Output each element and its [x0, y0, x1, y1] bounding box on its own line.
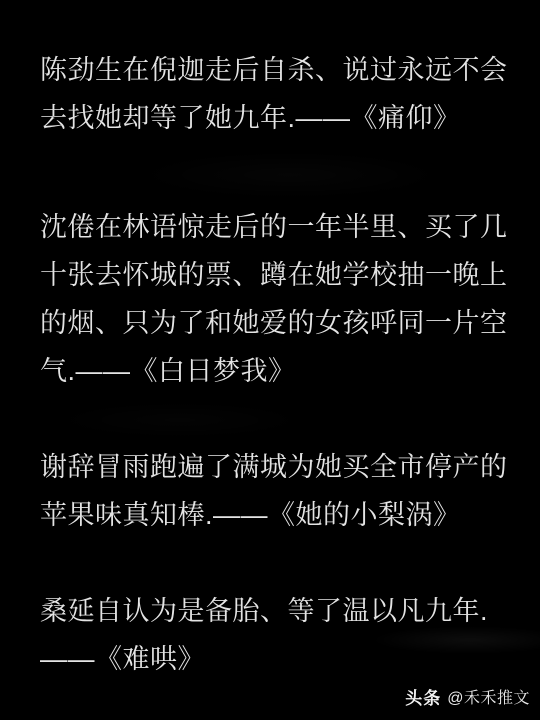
- quote-line: 十张去怀城的票、蹲在她学校抽一晚上: [40, 251, 514, 299]
- quote-line: 去找她却等了她九年.——《痛仰》: [40, 94, 514, 142]
- quote-line: 苹果味真知棒.——《她的小梨涡》: [40, 491, 514, 539]
- quote-line: ——《难哄》: [40, 635, 514, 683]
- quote-list: 陈劲生在倪迦走后自杀、说过永远不会 去找她却等了她九年.——《痛仰》 沈倦在林语…: [40, 46, 514, 683]
- quote-paragraph-1: 陈劲生在倪迦走后自杀、说过永远不会 去找她却等了她九年.——《痛仰》: [40, 46, 514, 142]
- quote-line: 气.——《白日梦我》: [40, 347, 514, 395]
- toutiao-logo: 头条: [405, 684, 441, 709]
- quote-line: 陈劲生在倪迦走后自杀、说过永远不会: [40, 46, 514, 94]
- quote-line: 的烟、只为了和她爱的女孩呼同一片空: [40, 299, 514, 347]
- watermark: 头条 @禾禾推文: [405, 684, 530, 709]
- quote-paragraph-2: 沈倦在林语惊走后的一年半里、买了几 十张去怀城的票、蹲在她学校抽一晚上 的烟、只…: [40, 203, 514, 395]
- quote-line: 谢辞冒雨跑遍了满城为她买全市停产的: [40, 443, 514, 491]
- quote-line: 桑延自认为是备胎、等了温以凡九年.: [40, 587, 514, 635]
- quote-card: 陈劲生在倪迦走后自杀、说过永远不会 去找她却等了她九年.——《痛仰》 沈倦在林语…: [0, 0, 540, 720]
- watermark-author-handle: @禾禾推文: [447, 685, 530, 708]
- quote-paragraph-3: 谢辞冒雨跑遍了满城为她买全市停产的 苹果味真知棒.——《她的小梨涡》: [40, 443, 514, 539]
- quote-line: 沈倦在林语惊走后的一年半里、买了几: [40, 203, 514, 251]
- quote-paragraph-4: 桑延自认为是备胎、等了温以凡九年. ——《难哄》: [40, 587, 514, 683]
